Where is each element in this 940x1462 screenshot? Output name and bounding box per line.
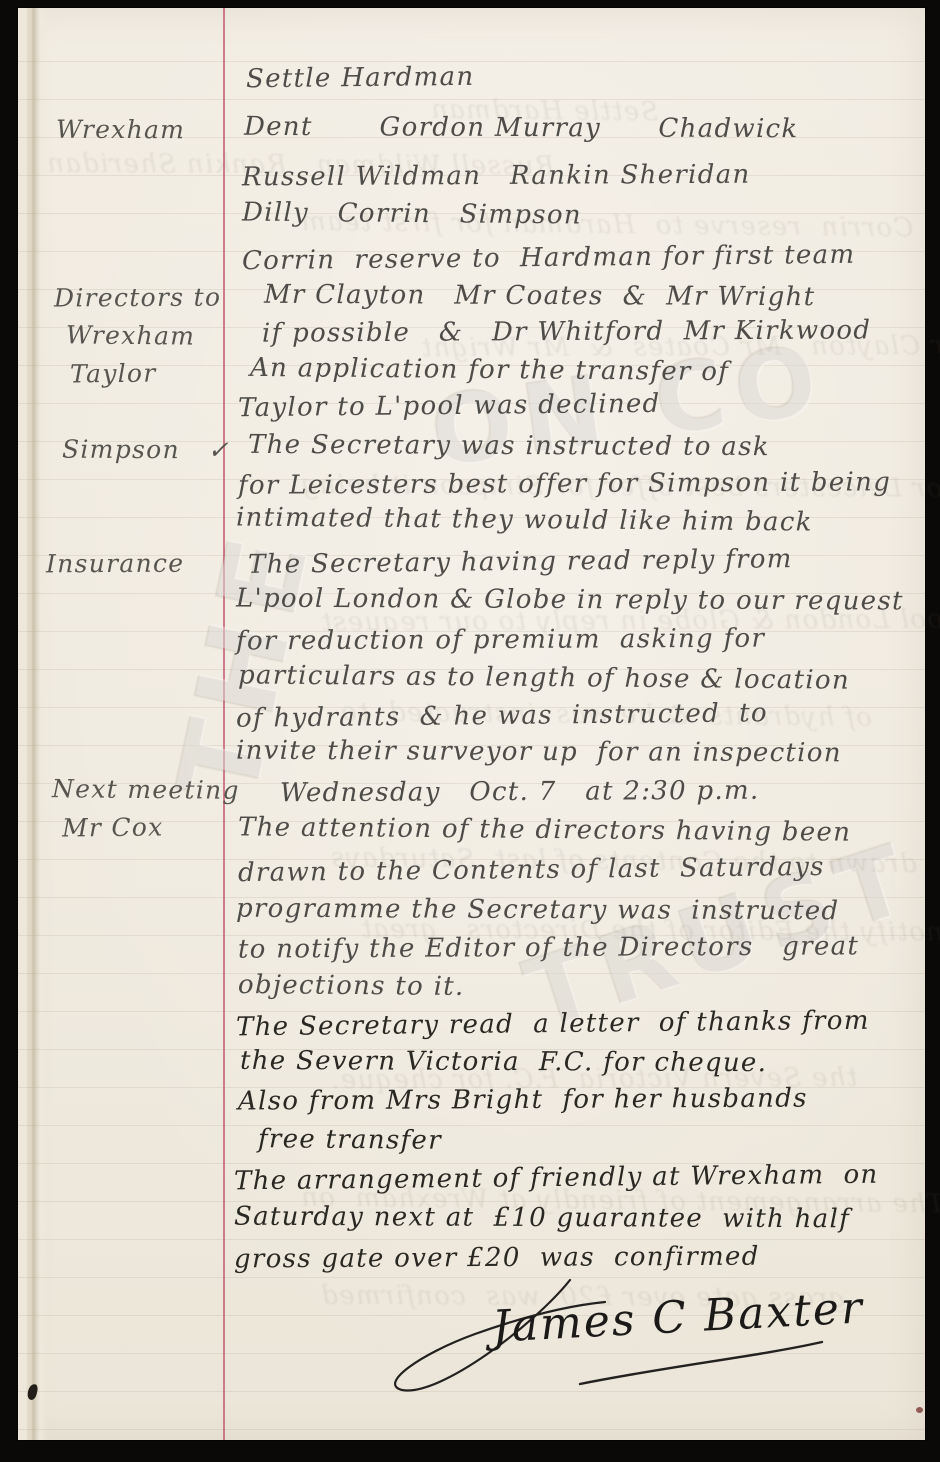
page-edge-mark — [916, 1407, 923, 1413]
handwritten-line: The Secretary having read reply from — [248, 545, 793, 579]
handwritten-line: of hydrants & he was instructed to — [236, 699, 768, 733]
handwritten-line: the Severn Victoria F.C. for cheque. — [240, 1047, 767, 1078]
handwritten-line: The Secretary was instructed to ask — [248, 431, 770, 462]
handwritten-line: objections to it. — [238, 971, 465, 1002]
handwritten-line: programme the Secretary was instructed — [236, 895, 840, 926]
handwritten-line: to notify the Editor of the Directors gr… — [238, 932, 859, 964]
handwritten-line: free transfer — [258, 1125, 442, 1155]
handwritten-line: Corrin reserve to Hardman for first team — [242, 241, 856, 276]
handwritten-line: Dent Gordon Murray Chadwick — [244, 113, 799, 144]
margin-note: Insurance — [46, 550, 185, 578]
handwritten-line: if possible & Dr Whitford Mr Kirkwood — [262, 316, 871, 348]
margin-note: Mr Cox — [62, 813, 164, 842]
handwritten-line: The Secretary read a letter of thanks fr… — [236, 1007, 870, 1042]
handwritten-line: Saturday next at £10 guarantee with half — [234, 1203, 850, 1234]
handwritten-line: Also from Mrs Bright for her husbands — [238, 1085, 808, 1117]
handwritten-line: Russell Wildman Rankin Sheridan — [242, 161, 751, 192]
handwritten-line: particulars as to length of hose & locat… — [238, 661, 850, 695]
margin-note: Wrexham — [66, 321, 195, 350]
handwritten-line: Dilly Corrin Simpson — [242, 199, 582, 231]
handwritten-line: Settle Hardman — [246, 63, 475, 94]
margin-note: Next meeting — [52, 775, 240, 804]
margin-note: Directors to — [54, 284, 221, 312]
handwritten-line: intimated that they would like him back — [236, 503, 813, 537]
handwritten-line: The attention of the directors having be… — [238, 813, 851, 847]
handwritten-line: invite their surveyor up for an inspecti… — [236, 737, 842, 768]
handwritten-line: An application for the transfer of — [250, 354, 729, 387]
handwritten-line: for Leicesters best offer for Simpson it… — [238, 468, 891, 500]
photo-background: THEON COTRUST Settle HardmanRussell Wild… — [0, 0, 940, 1462]
margin-note: Wrexham — [56, 116, 185, 144]
handwritten-line: for reduction of premium asking for — [236, 625, 765, 656]
handwritten-line: L'pool London & Globe in reply to our re… — [236, 585, 904, 617]
handwritten-line: Taylor to L'pool was declined — [238, 390, 661, 423]
margin-note: Taylor — [70, 360, 157, 388]
handwritten-line: drawn to the Contents of last Saturdays — [238, 853, 825, 888]
handwritten-line: Wednesday Oct. 7 at 2:30 p.m. — [280, 777, 760, 808]
handwritten-line: Mr Clayton Mr Coates & Mr Wright — [264, 281, 815, 312]
signature: James C Baxter — [380, 1262, 860, 1432]
margin-note: Simpson ✓ — [62, 436, 230, 464]
